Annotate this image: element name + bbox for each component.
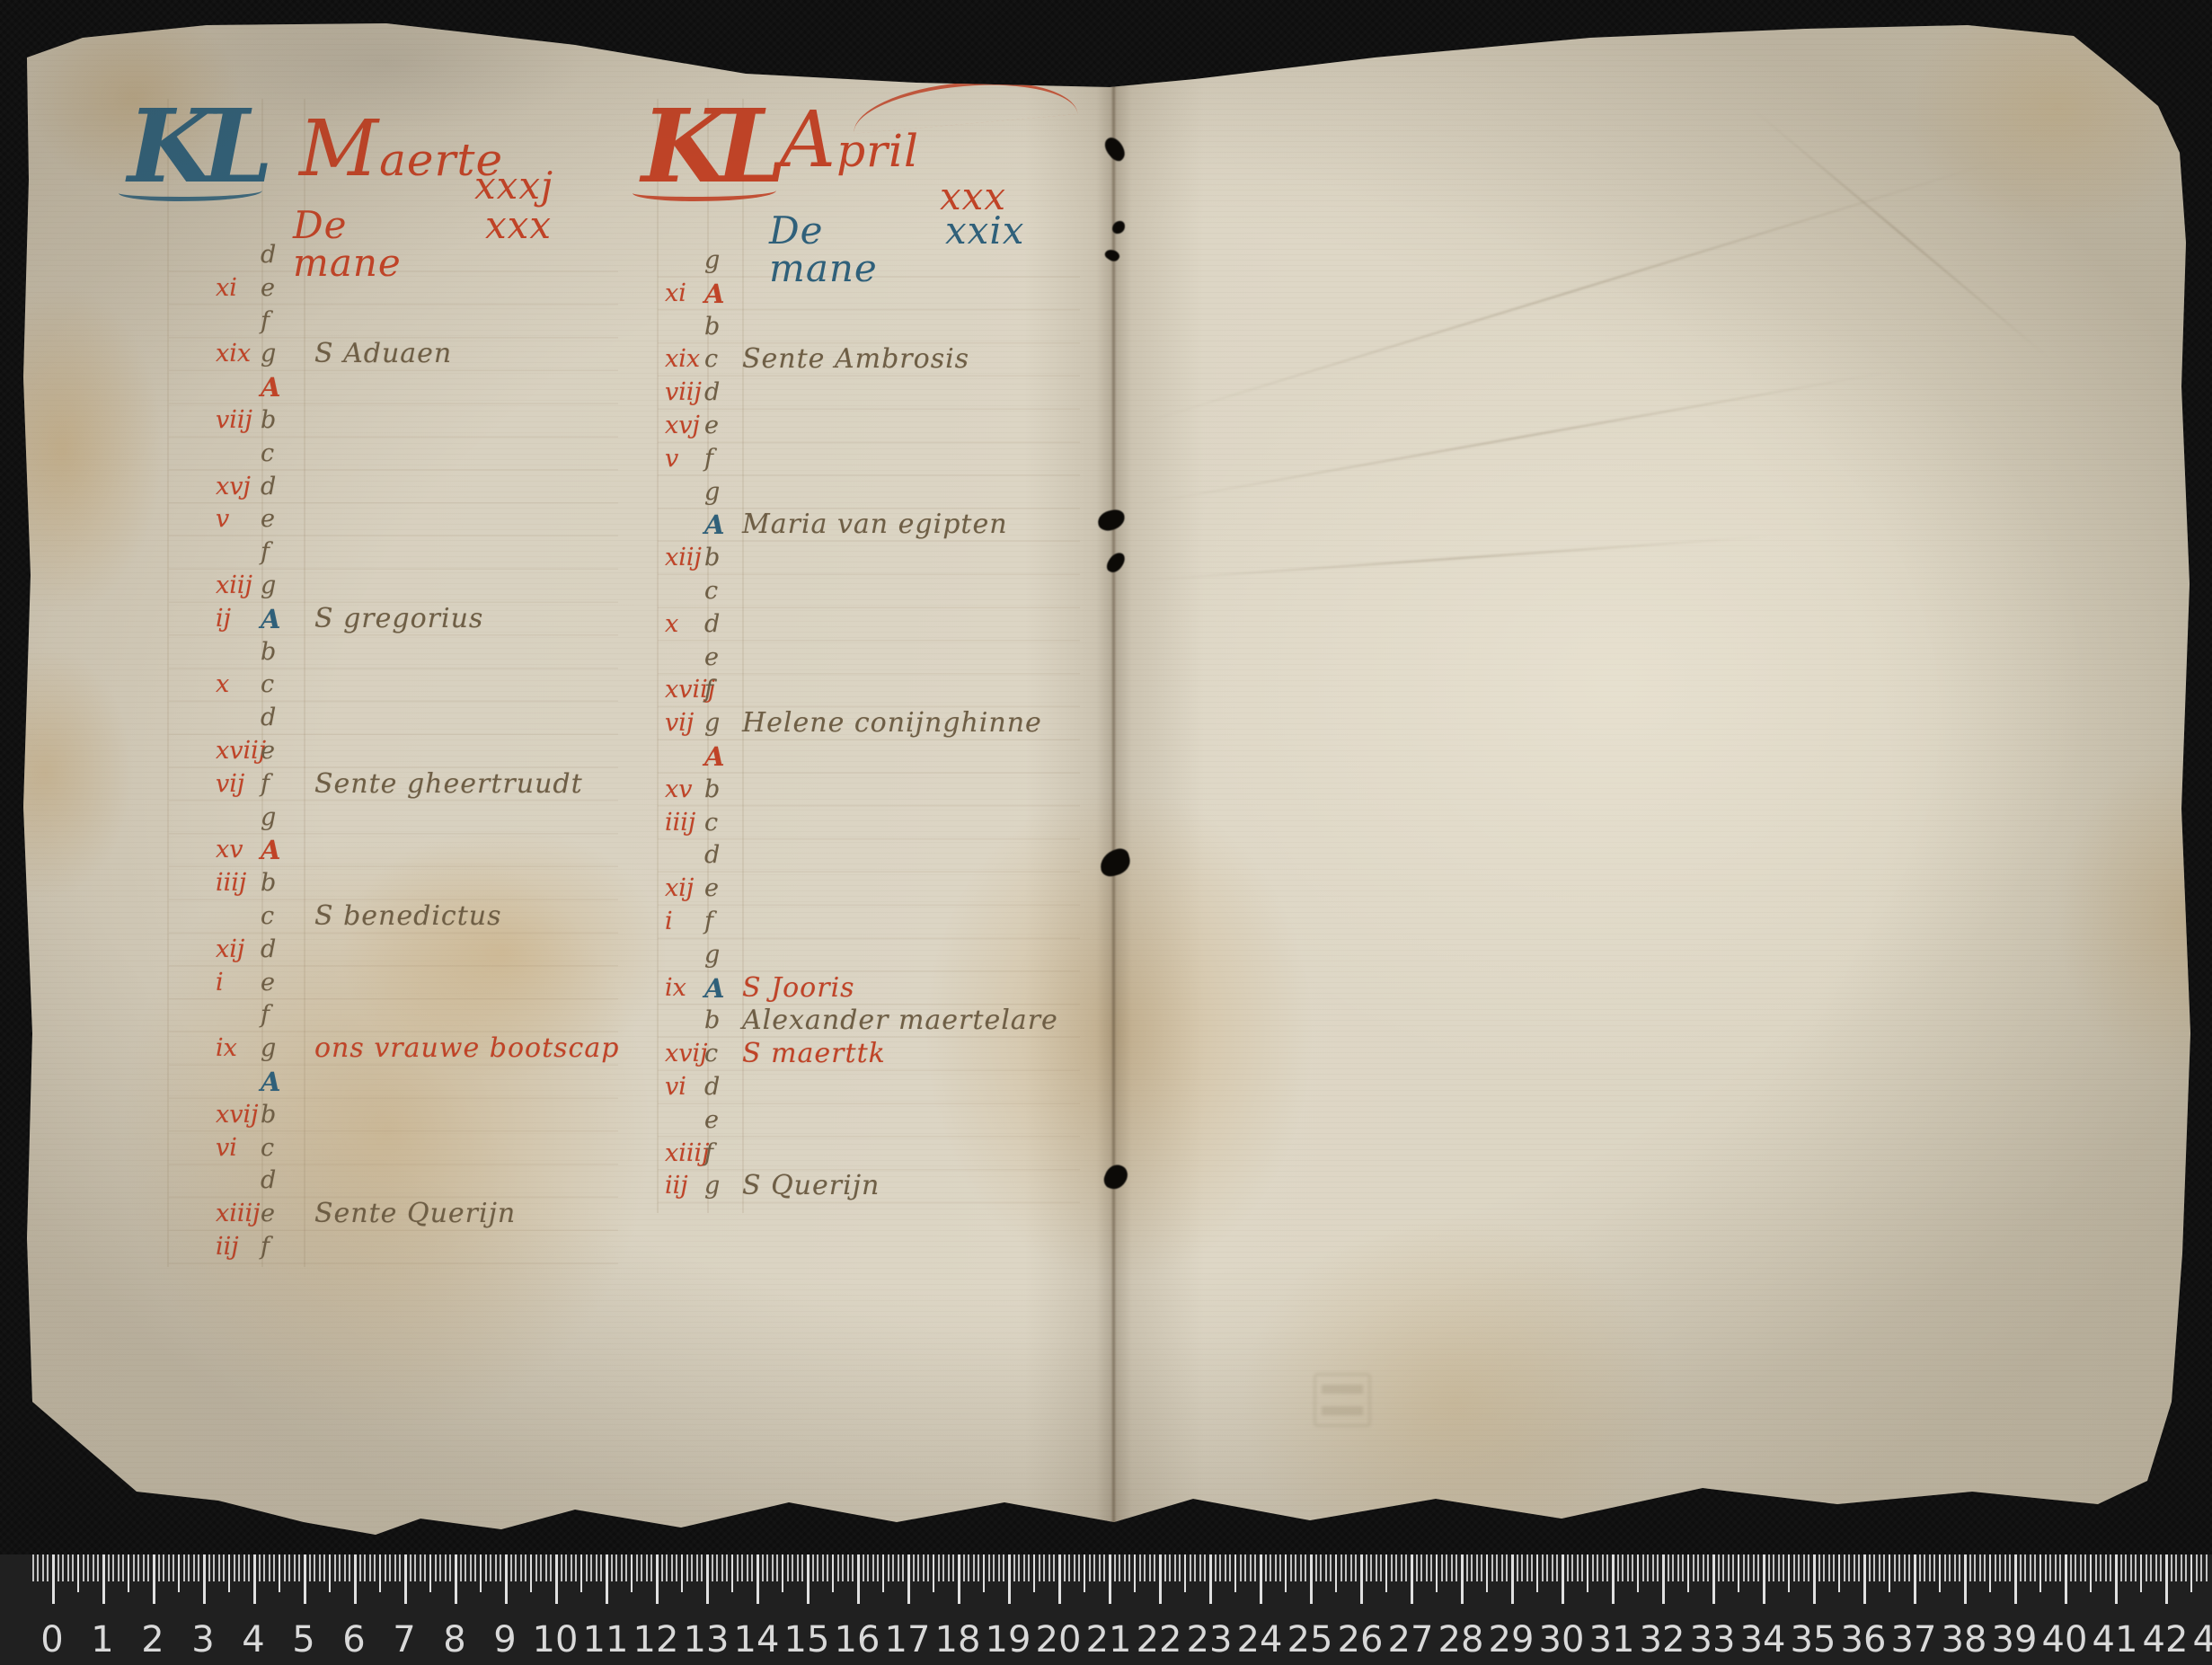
ruler-tick: [611, 1554, 613, 1581]
feast-name: [314, 1066, 618, 1099]
ruler-tick: [203, 1554, 206, 1604]
golden-number: vi: [169, 1132, 261, 1165]
ruler-tick: [2196, 1554, 2198, 1581]
ruler-tick: [1234, 1554, 1236, 1592]
ruler-tick: [1914, 1554, 1916, 1604]
binding-fold: [1024, 81, 1204, 1528]
parchment-crease: [1141, 536, 1768, 581]
ruler-number: 26: [1338, 1619, 1384, 1661]
ruler-tick: [590, 1554, 592, 1581]
golden-number: v: [169, 503, 261, 536]
feast-name: [742, 939, 1080, 972]
ruler-tick: [1823, 1554, 1825, 1581]
golden-number: i: [169, 967, 261, 1000]
golden-number: vij: [658, 707, 704, 740]
ruler-tick: [1677, 1554, 1679, 1581]
dominical-letter: f: [261, 536, 314, 570]
dominical-letter: e: [261, 503, 314, 536]
calendar-day-row: xiijg: [169, 570, 618, 603]
golden-number: xij: [169, 934, 261, 967]
ruler-tick: [958, 1554, 960, 1604]
ruler-tick: [198, 1554, 199, 1581]
ruler-tick: [1728, 1554, 1730, 1581]
ruler-tick: [1471, 1554, 1473, 1581]
calendar-day-row: g: [169, 802, 618, 835]
ruler-number: 19: [986, 1619, 1031, 1661]
feast-name: S Aduaen: [314, 338, 618, 371]
calendar-day-row: f: [169, 999, 618, 1032]
ruler-tick: [686, 1554, 688, 1581]
ruler-tick: [298, 1554, 300, 1581]
ruler-tick: [87, 1554, 89, 1581]
ruler-tick: [2100, 1554, 2101, 1581]
ruler-tick: [1788, 1554, 1790, 1592]
feast-name: [742, 278, 1080, 311]
calendar-day-row: xiiijeSente Querijn: [169, 1198, 618, 1231]
ruler-tick: [1466, 1554, 1468, 1581]
feast-name: [314, 702, 618, 735]
ruler-tick: [1828, 1554, 1830, 1581]
dominical-letter: g: [704, 244, 742, 278]
ruler-tick: [218, 1554, 220, 1581]
ruler-tick: [2125, 1554, 2127, 1581]
calendar-day-row: xvA: [169, 834, 618, 867]
ruler-tick: [2155, 1554, 2157, 1581]
ruler-number: 36: [1841, 1619, 1887, 1661]
ruler-tick: [1944, 1554, 1946, 1581]
ruler-tick: [636, 1554, 638, 1581]
ruler-number: 39: [1992, 1619, 2038, 1661]
ruler-tick: [2075, 1554, 2076, 1581]
ruler-tick: [1395, 1554, 1397, 1581]
ruler-number: 32: [1640, 1619, 1686, 1661]
ruler-tick: [1436, 1554, 1438, 1592]
ruler-tick: [1879, 1554, 1880, 1581]
feast-name: ons vrauwe bootscap: [314, 1032, 619, 1066]
ruler-tick: [1562, 1554, 1564, 1604]
ruler-tick: [1747, 1554, 1749, 1581]
ruler-tick: [1552, 1554, 1553, 1581]
golden-number: iiij: [169, 867, 261, 900]
feast-name: [314, 536, 618, 570]
ruler-tick: [535, 1554, 537, 1581]
ruler-tick: [1672, 1554, 1674, 1581]
golden-number: ix: [658, 972, 704, 1005]
feast-name: [314, 471, 618, 504]
ruler-number: 10: [533, 1619, 579, 1661]
ruler-tick: [1501, 1554, 1503, 1581]
feast-name: [742, 774, 1080, 807]
ruler-number: 35: [1791, 1619, 1836, 1661]
dominical-letter: A: [704, 278, 742, 311]
calendar-day-row: if: [658, 906, 1080, 939]
ruler-tick: [1722, 1554, 1724, 1581]
ruler-tick: [1939, 1554, 1941, 1592]
ruler-tick: [625, 1554, 627, 1581]
feast-name: Helene conijnghinne: [742, 707, 1080, 740]
ruler-tick: [147, 1554, 149, 1581]
ruler-number: 1: [91, 1619, 113, 1661]
calendar-day-row: d: [169, 702, 618, 735]
ruler-tick: [1808, 1554, 1809, 1581]
calendar-day-row: d: [169, 1165, 618, 1198]
ruler-tick: [1366, 1554, 1367, 1581]
calendar-day-row: ixAS Jooris: [658, 972, 1080, 1005]
ruler-number: 24: [1237, 1619, 1283, 1661]
golden-number: xiij: [658, 542, 704, 575]
ruler-tick: [248, 1554, 250, 1581]
ruler-tick: [1858, 1554, 1860, 1581]
ruler-tick: [223, 1554, 225, 1581]
calendar-day-row: xie: [169, 272, 618, 306]
ruler-tick: [1023, 1554, 1025, 1581]
dominical-letter: d: [261, 239, 314, 272]
ruler-tick: [429, 1554, 431, 1592]
ruler-tick: [1668, 1554, 1669, 1581]
ruler-tick: [1803, 1554, 1805, 1581]
calendar-day-row: xviije: [169, 735, 618, 768]
ruler-tick: [993, 1554, 995, 1581]
ruler-number: 29: [1489, 1619, 1535, 1661]
ruler-tick: [1290, 1554, 1292, 1581]
ruler-tick: [228, 1554, 230, 1592]
feast-name: [742, 443, 1080, 476]
ruler-tick: [907, 1554, 910, 1604]
ruler-tick: [2004, 1554, 2006, 1581]
ruler-tick: [2034, 1554, 2036, 1581]
ruler-tick: [1703, 1554, 1704, 1581]
ruler-tick: [1999, 1554, 2001, 1581]
ruler-tick: [460, 1554, 462, 1581]
ruler-tick: [449, 1554, 451, 1581]
ruler-tick: [1693, 1554, 1694, 1581]
dominical-letter: f: [704, 1138, 742, 1171]
ruler-tick: [2059, 1554, 2061, 1581]
feast-name: [314, 967, 618, 1000]
dominical-letter: g: [261, 338, 314, 371]
dominical-letter: f: [261, 1231, 314, 1264]
ruler-tick: [1612, 1554, 1615, 1604]
ruler-tick: [108, 1554, 110, 1581]
ruler-tick: [1933, 1554, 1935, 1581]
ruler-tick: [1033, 1554, 1035, 1592]
ruler-tick: [641, 1554, 642, 1581]
golden-number: [658, 311, 704, 344]
ruler-tick: [1854, 1554, 1855, 1581]
ruler-tick: [1058, 1554, 1061, 1604]
calendar-day-row: bAlexander maertelare: [658, 1005, 1080, 1038]
ruler-tick: [792, 1554, 793, 1581]
ruler-tick: [762, 1554, 764, 1581]
ruler-number: 23: [1187, 1619, 1233, 1661]
ruler-tick: [404, 1554, 407, 1604]
ruler-tick: [973, 1554, 975, 1581]
golden-number: xiiij: [658, 1138, 704, 1171]
ruler-tick: [1380, 1554, 1382, 1581]
dominical-letter: c: [261, 669, 314, 702]
ruler-tick: [1430, 1554, 1432, 1581]
ruler-tick: [77, 1554, 79, 1592]
ruler-tick: [2095, 1554, 2097, 1581]
ruler-tick: [1606, 1554, 1608, 1581]
ruler-tick: [1753, 1554, 1755, 1581]
calendar-day-row: iiijb: [169, 867, 618, 900]
ruler-tick: [1682, 1554, 1684, 1581]
ruled-line: [304, 99, 305, 1267]
ruler-tick: [1068, 1554, 1070, 1581]
feast-name: [314, 999, 618, 1032]
dominical-letter: b: [704, 311, 742, 344]
calendar-day-row: xvijb: [169, 1099, 618, 1132]
ruler-tick: [515, 1554, 517, 1581]
ruler-tick: [1064, 1554, 1066, 1581]
ruler-tick: [495, 1554, 497, 1581]
ruler-tick: [2110, 1554, 2111, 1581]
ruler-tick: [1089, 1554, 1091, 1581]
ruler-tick: [596, 1554, 597, 1581]
ruler-tick: [787, 1554, 789, 1581]
ruler-tick: [1889, 1554, 1890, 1592]
ruler-tick: [822, 1554, 824, 1581]
ruler-tick: [1476, 1554, 1478, 1581]
ruler-tick: [1124, 1554, 1126, 1581]
golden-number: ix: [169, 1032, 261, 1066]
feast-name: S benedictus: [314, 900, 618, 934]
ruler-tick: [32, 1554, 34, 1581]
feast-name: [314, 306, 618, 339]
ruler-tick: [128, 1554, 129, 1592]
ruler-tick: [1517, 1554, 1518, 1581]
dominical-letter: g: [704, 939, 742, 972]
calendar-rows: gxiAbxixcSente AmbrosisviijdxvjevfgAMari…: [658, 244, 1080, 1203]
golden-number: xv: [658, 774, 704, 807]
dominical-letter: A: [261, 603, 314, 636]
dominical-letter: A: [704, 740, 742, 774]
ruler-tick: [1305, 1554, 1306, 1581]
ruler-tick: [1707, 1554, 1709, 1581]
show-through-stamp: [1314, 1373, 1371, 1427]
ruler-tick: [2200, 1554, 2202, 1581]
calendar-day-row: f: [169, 306, 618, 339]
feast-name: [742, 575, 1080, 608]
dominical-letter: g: [704, 707, 742, 740]
ruler-tick: [208, 1554, 210, 1581]
ruler-tick: [776, 1554, 778, 1581]
ruler-tick: [1154, 1554, 1155, 1581]
calendar-day-row: e: [658, 642, 1080, 675]
ruler-tick: [1370, 1554, 1372, 1581]
ruler-tick: [1109, 1554, 1111, 1604]
ruler-tick: [389, 1554, 391, 1581]
ruler-tick: [530, 1554, 532, 1592]
ruler-tick: [414, 1554, 416, 1581]
ruler-tick: [1265, 1554, 1267, 1581]
ruler-tick: [832, 1554, 834, 1592]
ruler-number: 14: [734, 1619, 780, 1661]
feast-name: [314, 1231, 618, 1264]
ruler-tick: [1818, 1554, 1820, 1581]
ruler-tick: [2055, 1554, 2057, 1581]
ruler-number: 40: [2042, 1619, 2088, 1661]
ruler-tick: [1240, 1554, 1242, 1581]
golden-number: viij: [658, 376, 704, 410]
feast-name: [742, 476, 1080, 509]
ruler: 0123456789101112131415161718192021222324…: [0, 1554, 2212, 1665]
ruler-tick: [288, 1554, 290, 1581]
ruler-tick: [1954, 1554, 1956, 1581]
ruler-tick: [309, 1554, 311, 1581]
calendar-day-row: A: [169, 1066, 618, 1099]
ruler-tick: [888, 1554, 889, 1581]
ruler-tick: [797, 1554, 799, 1581]
dominical-letter: d: [704, 376, 742, 410]
dominical-letter: g: [704, 476, 742, 509]
ruler-tick: [1391, 1554, 1393, 1581]
sewing-hole: [1096, 509, 1126, 532]
ruler-tick: [1642, 1554, 1644, 1581]
ruler-tick: [1536, 1554, 1538, 1592]
ruler-tick: [1778, 1554, 1780, 1581]
golden-number: iiij: [658, 807, 704, 840]
golden-number: [658, 642, 704, 675]
ruler-tick: [525, 1554, 526, 1581]
feast-name: S Querijn: [742, 1170, 1080, 1203]
ruler-tick: [741, 1554, 743, 1581]
feast-name: Maria van egipten: [742, 509, 1080, 542]
ruler-tick: [1556, 1554, 1558, 1581]
ruler-tick: [259, 1554, 261, 1581]
ruler-tick: [863, 1554, 864, 1581]
golden-number: xvj: [658, 410, 704, 443]
parchment-crease: [1141, 160, 2001, 424]
ruled-line: [657, 99, 659, 1213]
ruler-tick: [1250, 1554, 1252, 1581]
feast-name: [314, 1165, 618, 1198]
ruler-tick: [1179, 1554, 1181, 1581]
ruler-tick: [2165, 1554, 2168, 1604]
golden-number: iij: [169, 1231, 261, 1264]
dominical-letter: e: [704, 872, 742, 906]
ruler-number: 38: [1942, 1619, 1987, 1661]
ruler-tick: [2009, 1554, 2011, 1581]
feast-name: [314, 371, 618, 404]
kalendae-initial: KL: [641, 97, 774, 198]
ruler-tick: [1571, 1554, 1573, 1581]
feast-name: [742, 311, 1080, 344]
feast-name: [314, 934, 618, 967]
ruler-tick: [1898, 1554, 1900, 1581]
ruler-tick: [1732, 1554, 1734, 1581]
ruler-tick: [1863, 1554, 1866, 1604]
ruler-tick: [1718, 1554, 1720, 1581]
ruler-tick: [143, 1554, 145, 1581]
sewing-hole: [1104, 550, 1127, 576]
ruler-tick: [420, 1554, 421, 1581]
calendar-day-row: A: [658, 740, 1080, 774]
ruler-tick: [1783, 1554, 1784, 1581]
golden-number: i: [658, 906, 704, 939]
feast-name: [742, 376, 1080, 410]
ruler-tick: [1904, 1554, 1906, 1581]
feast-name: [742, 608, 1080, 642]
ruler-tick: [837, 1554, 839, 1581]
dominical-letter: e: [261, 1198, 314, 1231]
ruler-tick: [520, 1554, 522, 1581]
calendar-day-row: A: [169, 371, 618, 404]
ruler-tick: [898, 1554, 899, 1581]
ruler-tick: [1401, 1554, 1402, 1581]
ruler-tick: [329, 1554, 331, 1592]
ruler-tick: [193, 1554, 195, 1581]
sewing-hole: [1103, 247, 1121, 264]
ruler-tick: [827, 1554, 828, 1581]
ruler-tick: [1738, 1554, 1739, 1592]
ruler-tick: [122, 1554, 124, 1581]
calendar-day-row: vic: [169, 1132, 618, 1165]
golden-number: [658, 509, 704, 542]
dominical-letter: d: [704, 608, 742, 642]
feast-name: [314, 669, 618, 702]
dominical-letter: c: [704, 1038, 742, 1071]
golden-number: x: [658, 608, 704, 642]
calendar-day-row: xvb: [658, 774, 1080, 807]
ruler-tick: [1597, 1554, 1598, 1581]
ruler-tick: [1793, 1554, 1795, 1581]
dominical-letter: g: [261, 802, 314, 835]
feast-name: [742, 674, 1080, 707]
ruler-tick: [2175, 1554, 2177, 1581]
ruler-tick: [1420, 1554, 1422, 1581]
ruler-tick: [470, 1554, 472, 1581]
feast-name: [742, 542, 1080, 575]
ruler-tick: [1209, 1554, 1212, 1604]
ruler-tick: [500, 1554, 501, 1581]
dominical-letter: c: [261, 1132, 314, 1165]
ruler-tick: [168, 1554, 170, 1581]
ruler-tick: [1335, 1554, 1337, 1592]
calendar-day-row: xiA: [658, 278, 1080, 311]
feast-name: Alexander maertelare: [742, 1005, 1080, 1038]
ruler-number: 9: [493, 1619, 516, 1661]
ruler-tick: [1743, 1554, 1745, 1581]
ruler-tick: [867, 1554, 869, 1581]
ruler-tick: [1486, 1554, 1488, 1592]
ruler-tick: [2120, 1554, 2122, 1581]
ruler-tick: [1028, 1554, 1030, 1581]
golden-number: [658, 839, 704, 872]
ruler-tick: [1270, 1554, 1271, 1581]
ruler-tick: [1974, 1554, 1976, 1581]
ruler-tick: [1260, 1554, 1262, 1604]
ruler-tick: [1325, 1554, 1327, 1581]
ruler-tick: [1995, 1554, 1996, 1581]
ruler-tick: [1315, 1554, 1317, 1581]
ruler-tick: [817, 1554, 818, 1581]
ruler-tick: [751, 1554, 753, 1581]
ruler-tick: [1099, 1554, 1101, 1581]
dominical-letter: f: [704, 443, 742, 476]
golden-number: xvij: [169, 1099, 261, 1132]
ruler-tick: [902, 1554, 904, 1581]
ruler-tick: [1159, 1554, 1162, 1604]
ruler-tick: [67, 1554, 69, 1581]
dominical-letter: d: [704, 1071, 742, 1104]
calendar-day-row: g: [658, 476, 1080, 509]
ruler-tick: [359, 1554, 361, 1581]
dominical-letter: c: [261, 900, 314, 934]
ruler-tick: [1949, 1554, 1951, 1581]
ruler-number: 12: [633, 1619, 679, 1661]
